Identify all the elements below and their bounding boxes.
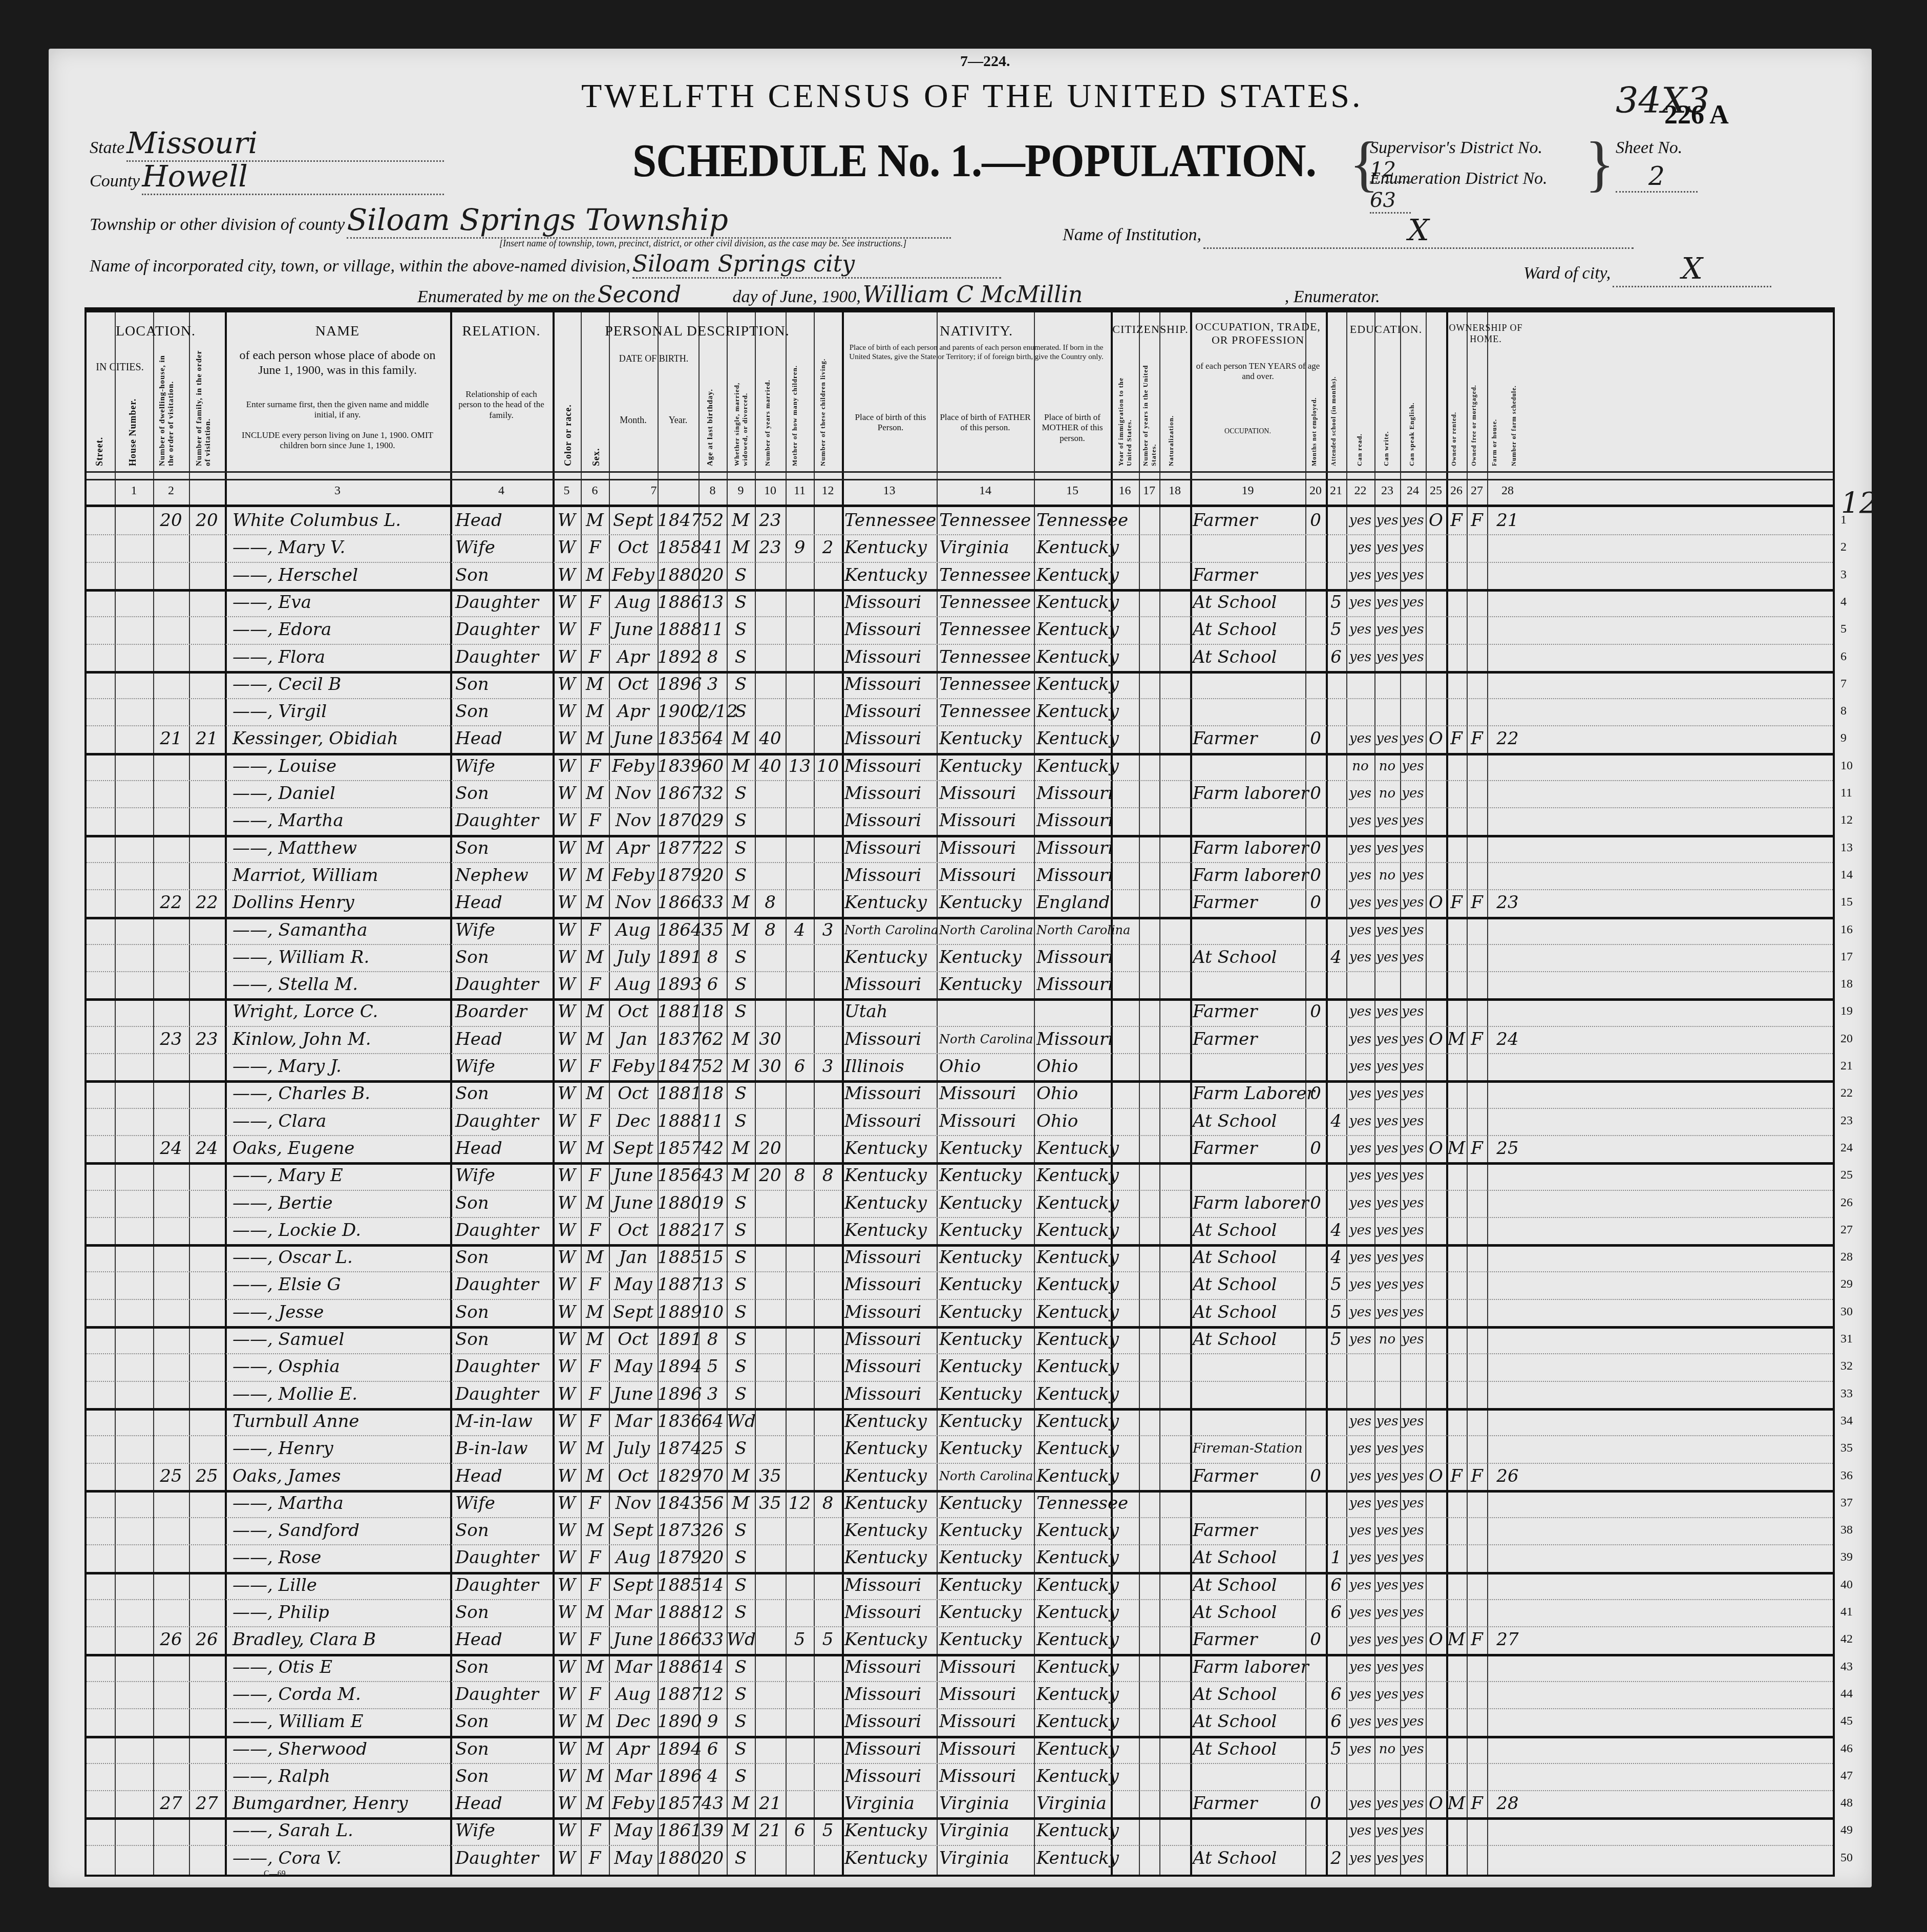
color: W xyxy=(553,616,581,643)
can-speak-english: yes xyxy=(1400,998,1426,1025)
sex: M xyxy=(581,1244,609,1271)
can-write: yes xyxy=(1374,917,1400,943)
township-label: Township or other division of county xyxy=(90,215,345,234)
months-unemployed xyxy=(1305,671,1326,698)
age: 8 xyxy=(698,644,727,670)
owned-rented xyxy=(1426,1736,1446,1762)
birth-year: 1836 xyxy=(658,1408,698,1435)
occupation xyxy=(1193,1162,1305,1189)
line-number: 20 xyxy=(1840,1032,1853,1046)
birthplace: Kentucky xyxy=(844,1544,937,1571)
mother-of: 4 xyxy=(786,917,814,943)
owned-rented xyxy=(1426,671,1446,698)
color: W xyxy=(553,1244,581,1271)
birth-month: Aug xyxy=(609,917,658,943)
age: 32 xyxy=(698,780,727,807)
marital-status: S xyxy=(727,1353,755,1380)
color: W xyxy=(553,944,581,971)
color: W xyxy=(553,1654,581,1681)
can-speak-english: yes xyxy=(1400,1544,1426,1571)
free-mortgaged xyxy=(1446,534,1467,561)
mother-birthplace: Kentucky xyxy=(1036,534,1111,561)
line-number: 32 xyxy=(1840,1359,1853,1373)
relation: Head xyxy=(455,889,553,916)
can-write: yes xyxy=(1374,1190,1400,1216)
relation: Son xyxy=(455,1244,553,1271)
marital-status: S xyxy=(727,1108,755,1135)
dwelling-number xyxy=(153,862,189,889)
person-name: ——, Cecil B xyxy=(232,671,448,698)
line-number: 4 xyxy=(1840,595,1847,609)
can-read: yes xyxy=(1346,1217,1374,1244)
can-read: yes xyxy=(1346,1517,1374,1544)
relation: Son xyxy=(455,1708,553,1735)
birth-month: Nov xyxy=(609,889,658,916)
mother-of xyxy=(786,1190,814,1216)
county-label: County xyxy=(90,172,140,191)
owned-rented xyxy=(1426,1080,1446,1107)
father-birthplace: Kentucky xyxy=(939,1135,1034,1162)
mother-of xyxy=(786,562,814,589)
sex: F xyxy=(581,1490,609,1517)
can-speak-english: yes xyxy=(1400,780,1426,807)
farm-schedule xyxy=(1487,835,1528,862)
column-number: 7 xyxy=(609,484,698,498)
owned-rented xyxy=(1426,1053,1446,1080)
table-row: ——, Mary V.WifeWFOct185841M2392KentuckyV… xyxy=(87,534,1833,561)
birth-month: May xyxy=(609,1271,658,1298)
can-read: yes xyxy=(1346,1544,1374,1571)
owned-rented xyxy=(1426,644,1446,670)
sex: F xyxy=(581,1817,609,1844)
can-read: yes xyxy=(1346,1053,1374,1080)
can-speak-english: yes xyxy=(1400,1217,1426,1244)
occupation: Fireman-Station xyxy=(1193,1435,1305,1462)
table-row: ——, VirgilSonWMApr19002/12SMissouriTenne… xyxy=(87,698,1833,725)
sex: F xyxy=(581,1053,609,1080)
father-birthplace: Missouri xyxy=(939,1681,1034,1708)
months-unemployed xyxy=(1305,1353,1326,1380)
free-mortgaged xyxy=(1446,1681,1467,1708)
dwelling-number xyxy=(153,1108,189,1135)
line-number: 46 xyxy=(1840,1742,1853,1756)
mother-birthplace: Kentucky xyxy=(1036,1708,1111,1735)
farm-house xyxy=(1467,1353,1487,1380)
occupation: Farmer xyxy=(1193,1463,1305,1489)
relation: Daughter xyxy=(455,971,553,998)
table-row: 2424Oaks, EugeneHeadWMSept185742M20Kentu… xyxy=(87,1135,1833,1162)
marital-status: S xyxy=(727,1736,755,1762)
line-number: 12 xyxy=(1840,813,1853,827)
owned-rented xyxy=(1426,589,1446,616)
mother-of xyxy=(786,1408,814,1435)
color: W xyxy=(553,1790,581,1817)
farm-schedule xyxy=(1487,1326,1528,1353)
farm-schedule xyxy=(1487,1845,1528,1872)
owned-rented: O xyxy=(1426,507,1446,534)
years-married xyxy=(755,1845,786,1872)
occupation xyxy=(1193,753,1305,780)
age: 52 xyxy=(698,507,727,534)
color: W xyxy=(553,1299,581,1326)
marital-status: S xyxy=(727,807,755,834)
header-children-living: Number of these children living. xyxy=(819,353,839,466)
father-birthplace: Missouri xyxy=(939,1763,1034,1790)
free-mortgaged: F xyxy=(1446,889,1467,916)
children-living xyxy=(814,562,842,589)
birth-year: 1873 xyxy=(658,1517,698,1544)
age: 17 xyxy=(698,1217,727,1244)
table-row: ——, Sarah L.WifeWFMay186139M2165Kentucky… xyxy=(87,1817,1833,1844)
birth-month: Apr xyxy=(609,644,658,670)
dwelling-number xyxy=(153,1271,189,1298)
owned-rented xyxy=(1426,1572,1446,1599)
school-months: 5 xyxy=(1326,1271,1346,1298)
farm-schedule: 27 xyxy=(1487,1626,1528,1653)
person-name: ——, Otis E xyxy=(232,1654,448,1681)
birth-month: Oct xyxy=(609,998,658,1025)
age: 14 xyxy=(698,1572,727,1599)
relation: Son xyxy=(455,780,553,807)
family-number xyxy=(189,835,225,862)
farm-house xyxy=(1467,1517,1487,1544)
color: W xyxy=(553,807,581,834)
can-speak-english: yes xyxy=(1400,534,1426,561)
marital-status: S xyxy=(727,1299,755,1326)
line-number: 15 xyxy=(1840,895,1853,909)
family-number: 23 xyxy=(189,1026,225,1053)
occupation: At School xyxy=(1193,616,1305,643)
person-name: ——, Osphia xyxy=(232,1353,448,1380)
farm-schedule xyxy=(1487,1654,1528,1681)
children-living xyxy=(814,1736,842,1762)
farm-schedule xyxy=(1487,1681,1528,1708)
mother-of xyxy=(786,1244,814,1271)
farm-schedule xyxy=(1487,1763,1528,1790)
relation: Wife xyxy=(455,753,553,780)
age: 13 xyxy=(698,589,727,616)
can-speak-english: yes xyxy=(1400,1108,1426,1135)
color: W xyxy=(553,1408,581,1435)
column-number: 11 xyxy=(786,484,814,498)
months-unemployed xyxy=(1305,1299,1326,1326)
mother-birthplace: Kentucky xyxy=(1036,1517,1111,1544)
free-mortgaged xyxy=(1446,1736,1467,1762)
person-name: ——, Lille xyxy=(232,1572,448,1599)
children-living xyxy=(814,1217,842,1244)
free-mortgaged xyxy=(1446,998,1467,1025)
can-read: yes xyxy=(1346,1708,1374,1735)
mother-of xyxy=(786,1517,814,1544)
school-months: 6 xyxy=(1326,1572,1346,1599)
marital-status: S xyxy=(727,1517,755,1544)
header-name-desc: of each person whose place of abode on J… xyxy=(235,348,440,378)
free-mortgaged xyxy=(1446,1654,1467,1681)
dwelling-number xyxy=(153,1053,189,1080)
birth-month: Dec xyxy=(609,1108,658,1135)
sex: M xyxy=(581,944,609,971)
birthplace: Missouri xyxy=(844,671,937,698)
can-write: no xyxy=(1374,1736,1400,1762)
farm-schedule xyxy=(1487,1162,1528,1189)
farm-schedule xyxy=(1487,1381,1528,1408)
can-read: yes xyxy=(1346,998,1374,1025)
months-unemployed: 0 xyxy=(1305,862,1326,889)
school-months xyxy=(1326,1026,1346,1053)
free-mortgaged xyxy=(1446,1763,1467,1790)
owned-rented xyxy=(1426,835,1446,862)
table-row: Wright, Lorce C.BoarderWMOct188118SUtahF… xyxy=(87,998,1833,1025)
farm-house xyxy=(1467,1681,1487,1708)
marital-status: S xyxy=(727,835,755,862)
can-write: yes xyxy=(1374,1271,1400,1298)
birth-month: Oct xyxy=(609,534,658,561)
owned-rented xyxy=(1426,1244,1446,1271)
dwelling-number xyxy=(153,644,189,670)
children-living xyxy=(814,1135,842,1162)
age: 35 xyxy=(698,917,727,943)
sex: M xyxy=(581,1517,609,1544)
dwelling-number: 22 xyxy=(153,889,189,916)
birth-year: 1885 xyxy=(658,1572,698,1599)
dwelling-number xyxy=(153,671,189,698)
dwelling-number xyxy=(153,1490,189,1517)
years-married xyxy=(755,1381,786,1408)
children-living xyxy=(814,671,842,698)
table-row: Turnbull AnneM-in-lawWFMar183664WdKentuc… xyxy=(87,1408,1833,1435)
school-months: 6 xyxy=(1326,1599,1346,1626)
children-living xyxy=(814,698,842,725)
can-read: yes xyxy=(1346,534,1374,561)
color: W xyxy=(553,1544,581,1571)
birth-month: Sept xyxy=(609,1517,658,1544)
birth-month: Apr xyxy=(609,1736,658,1762)
dwelling-number xyxy=(153,998,189,1025)
farm-schedule xyxy=(1487,616,1528,643)
birth-month: Nov xyxy=(609,807,658,834)
owned-rented xyxy=(1426,616,1446,643)
mother-of xyxy=(786,725,814,752)
marital-status: M xyxy=(727,1817,755,1844)
occupation xyxy=(1193,1353,1305,1380)
mother-birthplace: Kentucky xyxy=(1036,1217,1111,1244)
person-name: ——, Sherwood xyxy=(232,1736,448,1762)
can-read: yes xyxy=(1346,589,1374,616)
can-write: yes xyxy=(1374,534,1400,561)
person-name: ——, Jesse xyxy=(232,1299,448,1326)
family-number xyxy=(189,562,225,589)
sex: F xyxy=(581,1408,609,1435)
can-write: yes xyxy=(1374,998,1400,1025)
birth-month: Feby xyxy=(609,862,658,889)
years-married xyxy=(755,589,786,616)
mother-birthplace: Kentucky xyxy=(1036,1599,1111,1626)
age: 3 xyxy=(698,1381,727,1408)
age: 20 xyxy=(698,862,727,889)
can-read: yes xyxy=(1346,1599,1374,1626)
can-read: yes xyxy=(1346,1736,1374,1762)
marital-status: M xyxy=(727,1490,755,1517)
color: W xyxy=(553,1135,581,1162)
free-mortgaged: M xyxy=(1446,1135,1467,1162)
person-name: ——, Daniel xyxy=(232,780,448,807)
can-write: yes xyxy=(1374,807,1400,834)
birth-year: 1847 xyxy=(658,1053,698,1080)
mother-birthplace: Kentucky xyxy=(1036,1244,1111,1271)
owned-rented xyxy=(1426,698,1446,725)
free-mortgaged xyxy=(1446,1381,1467,1408)
marital-status: S xyxy=(727,971,755,998)
dwelling-number xyxy=(153,1572,189,1599)
line-number: 31 xyxy=(1840,1332,1853,1346)
dwelling-number xyxy=(153,1654,189,1681)
relation: Daughter xyxy=(455,1271,553,1298)
header-marital: Whether single, married, widowed, or div… xyxy=(733,353,756,466)
owned-rented xyxy=(1426,534,1446,561)
birth-year: 1896 xyxy=(658,1763,698,1790)
header-can-speak-english: Can speak English. xyxy=(1408,374,1416,466)
table-row: ——, Lockie D.DaughterWFOct188217SKentuck… xyxy=(87,1217,1833,1244)
can-write: yes xyxy=(1374,1654,1400,1681)
father-birthplace: Missouri xyxy=(939,1108,1034,1135)
birth-month: June xyxy=(609,1381,658,1408)
age: 3 xyxy=(698,671,727,698)
free-mortgaged xyxy=(1446,1108,1467,1135)
farm-house: F xyxy=(1467,1790,1487,1817)
line-number: 41 xyxy=(1840,1605,1853,1619)
person-name: ——, Edora xyxy=(232,616,448,643)
farm-house xyxy=(1467,971,1487,998)
relation: Daughter xyxy=(455,1108,553,1135)
occupation: At School xyxy=(1193,1271,1305,1298)
owned-rented xyxy=(1426,1190,1446,1216)
mother-birthplace: Tennessee xyxy=(1036,1490,1111,1517)
can-speak-english: yes xyxy=(1400,1190,1426,1216)
dwelling-number xyxy=(153,1217,189,1244)
birthplace: Missouri xyxy=(844,835,937,862)
marital-status: S xyxy=(727,1326,755,1353)
relation: Son xyxy=(455,1736,553,1762)
line-number: 24 xyxy=(1840,1141,1853,1155)
person-name: ——, Sarah L. xyxy=(232,1817,448,1844)
mother-birthplace: Missouri xyxy=(1036,835,1111,862)
birth-month: June xyxy=(609,1626,658,1653)
table-row: ——, MarthaDaughterWFNov187029SMissouriMi… xyxy=(87,807,1833,834)
years-married: 8 xyxy=(755,917,786,943)
age: 25 xyxy=(698,1435,727,1462)
dwelling-number: 25 xyxy=(153,1463,189,1489)
farm-schedule xyxy=(1487,589,1528,616)
birth-month: July xyxy=(609,1435,658,1462)
farm-house xyxy=(1467,944,1487,971)
school-months: 4 xyxy=(1326,944,1346,971)
father-birthplace: Kentucky xyxy=(939,1572,1034,1599)
can-write: yes xyxy=(1374,616,1400,643)
person-name: ——, Rose xyxy=(232,1544,448,1571)
institution-value: X xyxy=(1203,213,1634,249)
birth-year: 1835 xyxy=(658,725,698,752)
marital-status: M xyxy=(727,1463,755,1489)
person-name: ——, Mollie E. xyxy=(232,1381,448,1408)
line-number: 27 xyxy=(1840,1223,1853,1237)
person-name: ——, Mary J. xyxy=(232,1053,448,1080)
can-write: yes xyxy=(1374,1599,1400,1626)
free-mortgaged xyxy=(1446,1845,1467,1872)
mother-birthplace: Kentucky xyxy=(1036,562,1111,589)
person-name: ——, William R. xyxy=(232,944,448,971)
farm-schedule xyxy=(1487,1708,1528,1735)
years-married xyxy=(755,1681,786,1708)
occupation: Farmer xyxy=(1193,725,1305,752)
dwelling-number xyxy=(153,1517,189,1544)
can-speak-english: yes xyxy=(1400,807,1426,834)
relation: Son xyxy=(455,671,553,698)
mother-of xyxy=(786,698,814,725)
family-number: 24 xyxy=(189,1135,225,1162)
farm-house xyxy=(1467,1599,1487,1626)
can-read: yes xyxy=(1346,644,1374,670)
father-birthplace: Kentucky xyxy=(939,1626,1034,1653)
marital-status: S xyxy=(727,1572,755,1599)
years-married: 30 xyxy=(755,1053,786,1080)
color: W xyxy=(553,835,581,862)
school-months xyxy=(1326,1190,1346,1216)
family-number xyxy=(189,1190,225,1216)
line-number: 39 xyxy=(1840,1550,1853,1564)
months-unemployed xyxy=(1305,698,1326,725)
line-number: 21 xyxy=(1840,1059,1853,1073)
table-row: ——, RalphSonWMMar18964SMissouriMissouriK… xyxy=(87,1763,1833,1790)
mother-birthplace: Ohio xyxy=(1036,1080,1111,1107)
can-speak-english: yes xyxy=(1400,1654,1426,1681)
father-birthplace: Kentucky xyxy=(939,1599,1034,1626)
father-birthplace: Missouri xyxy=(939,780,1034,807)
occupation xyxy=(1193,917,1305,943)
birth-month: Mar xyxy=(609,1599,658,1626)
years-married: 21 xyxy=(755,1817,786,1844)
father-birthplace: Missouri xyxy=(939,1708,1034,1735)
table-row: ——, Stella M.DaughterWFAug18936SMissouri… xyxy=(87,971,1833,998)
free-mortgaged xyxy=(1446,753,1467,780)
owned-rented xyxy=(1426,1408,1446,1435)
can-write: yes xyxy=(1374,1162,1400,1189)
mother-of xyxy=(786,1435,814,1462)
color: W xyxy=(553,562,581,589)
mother-of: 6 xyxy=(786,1817,814,1844)
can-write: yes xyxy=(1374,1517,1400,1544)
relation: Head xyxy=(455,1626,553,1653)
father-birthplace: Kentucky xyxy=(939,889,1034,916)
color: W xyxy=(553,1108,581,1135)
person-name: ——, Lockie D. xyxy=(232,1217,448,1244)
farm-schedule: 26 xyxy=(1487,1463,1528,1489)
can-write xyxy=(1374,671,1400,698)
dwelling-number xyxy=(153,1544,189,1571)
dwelling-number xyxy=(153,616,189,643)
free-mortgaged xyxy=(1446,1572,1467,1599)
age: 8 xyxy=(698,1326,727,1353)
free-mortgaged xyxy=(1446,944,1467,971)
relation: Boarder xyxy=(455,998,553,1025)
birth-month: Nov xyxy=(609,1490,658,1517)
free-mortgaged xyxy=(1446,1244,1467,1271)
mother-birthplace: Kentucky xyxy=(1036,1353,1111,1380)
family-number xyxy=(189,616,225,643)
person-name: ——, Ralph xyxy=(232,1763,448,1790)
can-read: yes xyxy=(1346,616,1374,643)
mother-of xyxy=(786,1708,814,1735)
marital-status: S xyxy=(727,1763,755,1790)
